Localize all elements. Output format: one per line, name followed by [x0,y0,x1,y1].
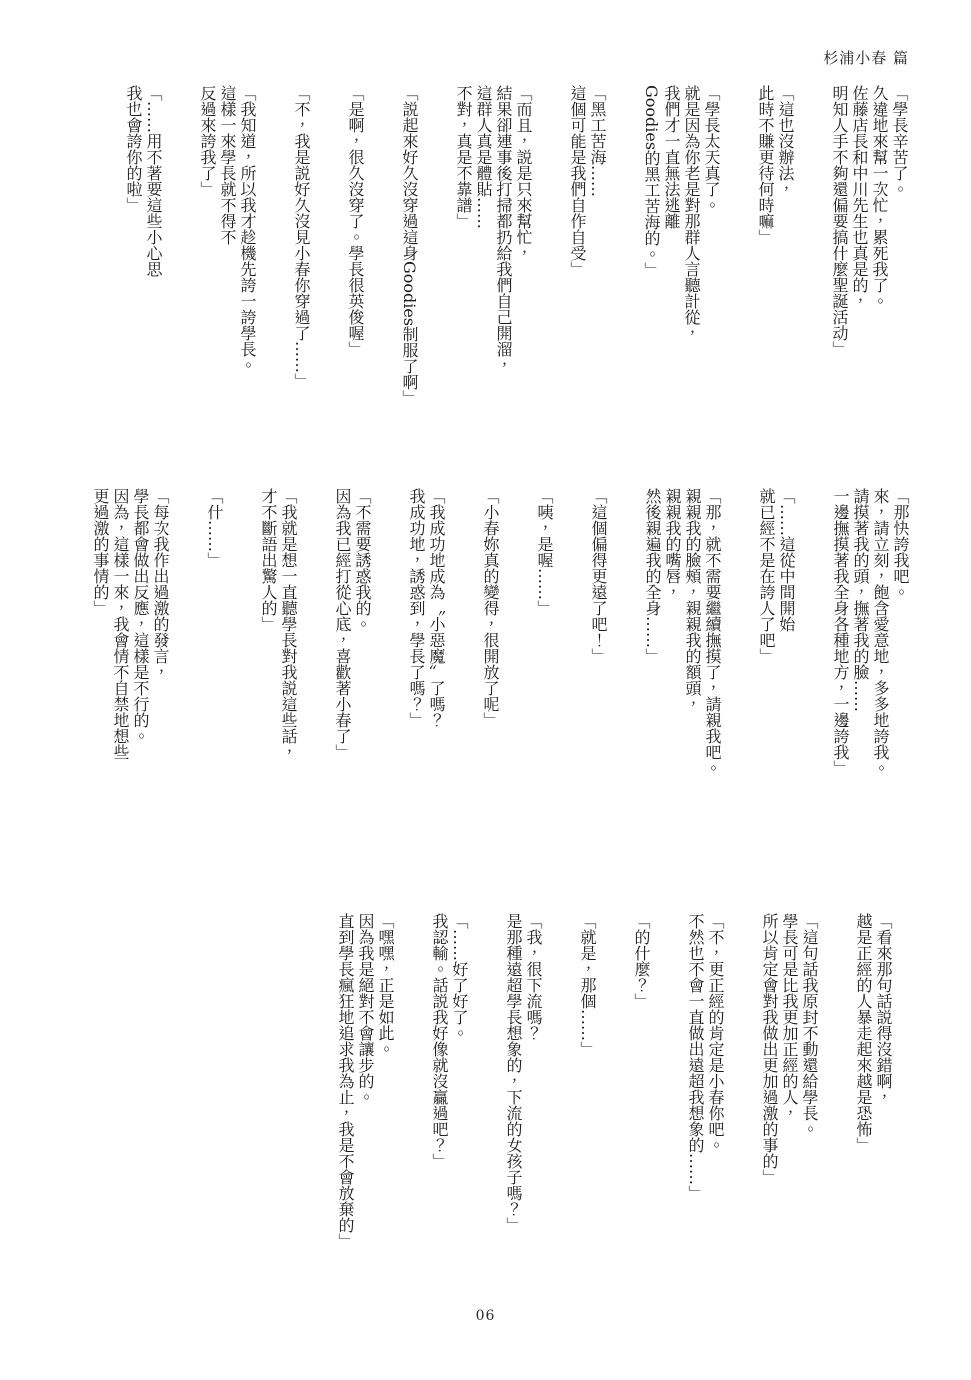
text-line: 「嘿嘿，正是如此。 [375,913,395,1305]
text-line: 學長可是比我更加正經的人， [779,913,799,1305]
text-line: 「每次我作出過激的發言， [150,488,170,820]
text-line: Goodies的黑工苦海的。」 [641,85,661,441]
paragraph: 「……這從中間開始就已經不是在誇人了吧」 [756,488,796,820]
text-line: 然後親遍我的全身……」 [642,488,662,820]
text-line: 因為我已經打從心底，喜歡著小春了」 [332,488,352,820]
text-line: 「咦，是喔……」 [534,488,554,820]
text-line: 「的什麼？」 [631,913,651,1305]
paragraph: 「咦，是喔……」 [534,488,554,820]
text-line: 學長都會做出反應，這樣是不行的。 [130,488,150,820]
text-line: 親親我的嘴唇， [662,488,682,820]
text-line: 久違地來幫一次忙，累死我了。 [869,85,889,441]
text-line: 「就是，那個……」 [577,913,597,1305]
text-line: 「那快誇我吧。 [890,488,910,820]
text-line: 「我，很下流嗎？ [523,913,543,1305]
text-line: 「不，更正經的肯定是小春你吧。 [705,913,725,1305]
text-line: 「學長辛苦了。 [889,85,909,441]
text-block-bottom: 「看來那句話説得沒錯啊，越是正經的人暴走起來越是恐怖」「這句話我原封不動還給學長… [335,913,893,1305]
paragraph: 「這句話我原封不動還給學長。學長可是比我更加正經的人，所以肯定會對我做出更加過激… [759,913,819,1305]
text-line: 「……用不著要這些小心思 [143,85,163,441]
text-line: 「黑工苦海…… [587,85,607,441]
paragraph: 「説起來好久沒穿過這身Goodies制服了啊」 [399,85,419,441]
text-line: 這群人真是體貼…… [473,85,493,441]
text-line: 直到學長瘋狂地追求我為止，我是不會放棄的」 [335,913,355,1305]
paragraph: 「這個偏得更遠了吧！」 [588,488,608,820]
text-line: 「説起來好久沒穿過這身Goodies制服了啊」 [399,85,419,441]
paragraph: 「那快誇我吧。來，請立刻，飽含愛意地，多多地誇我。請摸著我的頭，撫著我的臉……一… [830,488,910,820]
paragraph: 「嘿嘿，正是如此。因為我是絕對不會讓步的。直到學長瘋狂地追求我為止，我是不會放棄… [335,913,395,1305]
paragraph: 「……好了好了。我認輸。話説我好像就沒贏過吧？」 [429,913,469,1305]
paragraph: 「不，我是説好久沒見小春你穿過了……」 [291,85,311,441]
text-line: 不對，真是不靠譜」 [453,85,473,441]
text-line: 「不需要誘惑我的。 [352,488,372,820]
text-block-top: 「學長辛苦了。久違地來幫一次忙，累死我了。佐藤店長和中川先生也真是的，明知人手不… [123,85,909,441]
paragraph: 「……用不著要這些小心思我也會誇你的啦」 [123,85,163,441]
text-line: 「小春妳真的變得，很開放了呢」 [480,488,500,820]
text-line: 是那種遠超學長想象的，下流的女孩子嗎？」 [503,913,523,1305]
text-line: 「這個偏得更遠了吧！」 [588,488,608,820]
paragraph: 「我成功地成為〝小惡魔〞了嗎？我成功地，誘惑到，學長了嗎？」 [406,488,446,820]
text-line: 請摸著我的頭，撫著我的臉…… [850,488,870,820]
text-line: 「我知道，所以我才趁機先誇一誇學長。 [237,85,257,441]
text-line: 「不，我是説好久沒見小春你穿過了……」 [291,85,311,441]
paragraph: 「那，就不需要繼續撫摸了，請親我吧。親親我的臉頰，親親我的額頭，親親我的嘴唇，然… [642,488,722,820]
text-line: 我也會誇你的啦」 [123,85,143,441]
text-line: 來，請立刻，飽含愛意地，多多地誇我。 [870,488,890,820]
paragraph: 「學長辛苦了。久違地來幫一次忙，累死我了。佐藤店長和中川先生也真是的，明知人手不… [829,85,909,441]
text-line: 這個可能是我們自作自受」 [567,85,587,441]
text-line: 因為我是絕對不會讓步的。 [355,913,375,1305]
text-line: 「……好了好了。 [449,913,469,1305]
text-line: 越是正經的人暴走起來越是恐怖」 [853,913,873,1305]
paragraph: 「是啊，很久沒穿了。學長很英俊喔」 [345,85,365,441]
text-line: 「什……」 [204,488,224,820]
text-line: 不然也不會一直做出遠超我想象的……」 [685,913,705,1305]
text-line: 就是因為你老是對那群人言聽計從， [681,85,701,441]
text-line: 佐藤店長和中川先生也真是的， [849,85,869,441]
paragraph: 「我，很下流嗎？是那種遠超學長想象的，下流的女孩子嗎？」 [503,913,543,1305]
text-line: 此時不賺更待何時嘛」 [755,85,775,441]
text-line: 我認輸。話説我好像就沒贏過吧？」 [429,913,449,1305]
text-line: 「那，就不需要繼續撫摸了，請親我吧。 [702,488,722,820]
text-line: 才不斷語出驚人的」 [258,488,278,820]
text-line: 「我成功地成為〝小惡魔〞了嗎？ [426,488,446,820]
text-line: 反過來誇我了」 [197,85,217,441]
paragraph: 「什……」 [204,488,224,820]
text-line: 這樣一來學長就不得不 [217,85,237,441]
paragraph: 「看來那句話説得沒錯啊，越是正經的人暴走起來越是恐怖」 [853,913,893,1305]
page-number: 06 [0,1308,971,1324]
text-block-middle: 「那快誇我吧。來，請立刻，飽含愛意地，多多地誇我。請摸著我的頭，撫著我的臉……一… [90,488,910,820]
text-line: 所以肯定會對我做出更加過激的事的」 [759,913,779,1305]
paragraph: 「不，更正經的肯定是小春你吧。不然也不會一直做出遠超我想象的……」 [685,913,725,1305]
text-line: 更過激的事情的」 [90,488,110,820]
paragraph: 「每次我作出過激的發言，學長都會做出反應，這樣是不行的。因為，這樣一來，我會情不… [90,488,170,820]
paragraph: 「黑工苦海……這個可能是我們自作自受」 [567,85,607,441]
text-line: 我們才一直無法逃離 [661,85,681,441]
document-page: 杉浦小春 篇 「學長辛苦了。久違地來幫一次忙，累死我了。佐藤店長和中川先生也真是… [0,0,971,1380]
paragraph: 「我就是想一直聽學長對我説這些話，才不斷語出驚人的」 [258,488,298,820]
text-line: 親親我的臉頰，親親我的額頭， [682,488,702,820]
text-line: 「是啊，很久沒穿了。學長很英俊喔」 [345,85,365,441]
text-line: 「我就是想一直聽學長對我説這些話， [278,488,298,820]
paragraph: 「而且，説是只來幫忙，結果卻連事後打掃都扔給我們自己開溜，這群人真是體貼……不對… [453,85,533,441]
paragraph: 「這也沒辦法，此時不賺更待何時嘛」 [755,85,795,441]
text-line: 我成功地，誘惑到，學長了嗎？」 [406,488,426,820]
text-line: 結果卻連事後打掃都扔給我們自己開溜， [493,85,513,441]
paragraph: 「學長太天真了。就是因為你老是對那群人言聽計從，我們才一直無法逃離Goodies… [641,85,721,441]
text-line: 「……這從中間開始 [776,488,796,820]
text-line: 就已經不是在誇人了吧」 [756,488,776,820]
paragraph: 「不需要誘惑我的。因為我已經打從心底，喜歡著小春了」 [332,488,372,820]
paragraph: 「就是，那個……」 [577,913,597,1305]
text-line: 「而且，説是只來幫忙， [513,85,533,441]
text-line: 「學長太天真了。 [701,85,721,441]
paragraph: 「的什麼？」 [631,913,651,1305]
chapter-title: 杉浦小春 篇 [823,47,909,68]
paragraph: 「我知道，所以我才趁機先誇一誇學長。這樣一來學長就不得不反過來誇我了」 [197,85,257,441]
text-line: 一邊撫摸著我全身各種地方，一邊誇我」 [830,488,850,820]
paragraph: 「小春妳真的變得，很開放了呢」 [480,488,500,820]
text-line: 明知人手不夠還偏要搞什麼聖誕活动」 [829,85,849,441]
text-line: 「看來那句話説得沒錯啊， [873,913,893,1305]
text-line: 因為，這樣一來，我會情不自禁地想些 [110,488,130,820]
text-line: 「這句話我原封不動還給學長。 [799,913,819,1305]
text-line: 「這也沒辦法， [775,85,795,441]
